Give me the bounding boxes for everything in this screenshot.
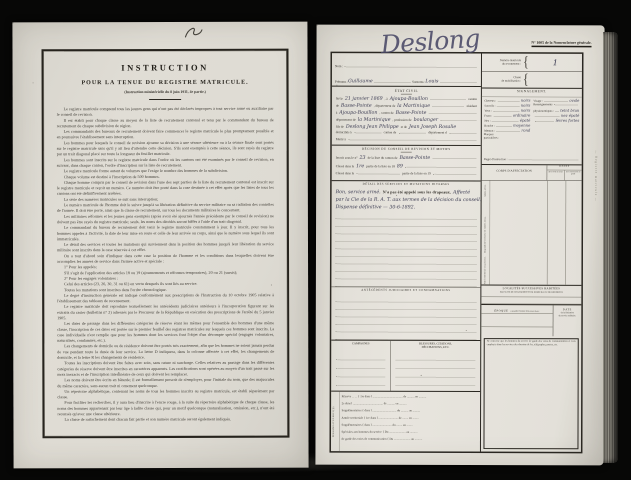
instruction-paragraph: Le degré d'instruction générale est indi… bbox=[57, 292, 274, 304]
instruction-title: INSTRUCTION bbox=[57, 63, 274, 74]
printed-label: Né le bbox=[336, 97, 343, 101]
handwritten-entry: 89 bbox=[397, 163, 403, 169]
matricule-value: 1 bbox=[553, 57, 558, 67]
title-dash bbox=[401, 94, 412, 95]
printed-label: résidant bbox=[467, 105, 477, 109]
handwritten-entry: la Martinique bbox=[397, 103, 430, 109]
brace-glyph: { bbox=[523, 54, 529, 71]
signalement-title: SIGNALEMENT. bbox=[482, 89, 582, 94]
instruction-paragraph: Un répertoire alphabétique, contenant le… bbox=[57, 388, 274, 400]
dotted-line bbox=[449, 133, 476, 134]
dotted-line bbox=[433, 174, 476, 175]
matricule-label-line2: du recrutement : bbox=[484, 62, 521, 66]
side-strip-border bbox=[489, 181, 490, 285]
dotted-line bbox=[348, 140, 476, 141]
field-label: Front : bbox=[484, 115, 492, 118]
instruction-paragraph: Les hommes sont inscrits sur le registre… bbox=[57, 157, 274, 169]
instruction-paragraph: Le commandant du bureau de recrutement d… bbox=[57, 224, 274, 242]
printed-label: et de bbox=[401, 125, 407, 129]
dotted-line bbox=[399, 133, 426, 134]
instruction-paragraph: Les dates de passage dans les différente… bbox=[57, 320, 274, 343]
dotted-line bbox=[555, 111, 558, 112]
printed-label: Classé dans la bbox=[336, 165, 354, 169]
printed-label: Inscrit sous le n° bbox=[336, 156, 358, 160]
field-label: Nez : bbox=[484, 120, 490, 123]
form-left-column: Nom : Prénoms : Guillaume Surnoms : Loui… bbox=[331, 53, 482, 451]
matricule-form: Nom : Prénoms : Guillaume Surnoms : Loui… bbox=[329, 52, 583, 454]
signalement-fields: Cheveux :noirsSourcils :noirsYeux :noirs… bbox=[482, 97, 582, 133]
epoque-title: ÉPOQUE bbox=[494, 309, 508, 313]
right-page-matricule: N° 1005 de la Nomenclature générale. — R… bbox=[315, 25, 604, 466]
dotted-line bbox=[429, 113, 476, 114]
ruled-line bbox=[336, 360, 385, 369]
matricule-number-box: Numéro matricule du recrutement : { 1 bbox=[482, 54, 582, 72]
surnoms-label: Surnoms : bbox=[412, 80, 425, 84]
campagnes-column: CAMPAGNES bbox=[331, 341, 391, 391]
epoque-header: ÉPOQUE à laquelle l'homme doit passer da… bbox=[481, 305, 553, 314]
dotted-line bbox=[509, 160, 578, 161]
dotted-line bbox=[554, 105, 578, 106]
handwritten-entry: Affecté bbox=[453, 189, 470, 195]
handwritten-entry: noirs bbox=[521, 108, 531, 113]
printed-label: partie de la liste en 18 bbox=[366, 165, 395, 169]
blessures-rules bbox=[391, 352, 481, 386]
dotted-line bbox=[374, 82, 410, 83]
printed-label: , canton de bbox=[379, 111, 393, 115]
surnoms-value: Louis bbox=[425, 78, 438, 84]
decision-title: DÉCISION DU CONSEIL DE REVISION ET MOTIF… bbox=[332, 146, 481, 151]
dotted-line bbox=[357, 174, 400, 175]
matricule-label: Numéro matricule du recrutement : bbox=[484, 59, 521, 66]
antecedents-rules bbox=[331, 295, 480, 340]
classe-label-line2: de mobilisation : bbox=[484, 80, 521, 84]
printed-label: canton bbox=[468, 98, 477, 102]
handwritten-entry: Ajoupa-Bouillon bbox=[390, 96, 428, 102]
classe-mobilisation-box: Classe de mobilisation : { bbox=[482, 72, 582, 89]
printed-label: Classé dans la bbox=[336, 172, 354, 176]
handwritten-entry: Basse-Pointe bbox=[341, 103, 372, 109]
handwritten-entry: Basse-Pointe bbox=[399, 155, 430, 161]
etat-civil-lines: Né le21 janvier 1869, àAjoupa-Bouillonca… bbox=[332, 96, 481, 145]
ruled-line bbox=[396, 352, 476, 361]
printed-label: , département de bbox=[374, 104, 396, 108]
antecedents-title: ANTÉCÉDENTS JUDICIAIRES ET CONDAMNATIONS bbox=[331, 287, 480, 292]
instruction-paragraph: Le détail des services et toutes les mut… bbox=[57, 241, 274, 253]
periodes-side-label: PÉRIODES D'EXERCICES bbox=[332, 406, 335, 437]
printed-label: Marié à bbox=[336, 138, 346, 142]
periodes-rows: Réserve . . . . { 1re dans l ...........… bbox=[339, 392, 480, 452]
instruction-paragraph: Le registre matricule doit reproduire te… bbox=[57, 303, 274, 321]
ruled-line bbox=[396, 360, 476, 369]
handwritten-entry: rond bbox=[521, 128, 530, 133]
detail-services-rules bbox=[331, 212, 480, 287]
dates-col-arrivee: de l'arrivée au corps bbox=[547, 170, 564, 180]
footnote-text: Ne concerne que les hommes du service de… bbox=[487, 340, 576, 347]
dotted-line bbox=[544, 101, 568, 102]
blessures-column: BLESSURES, CITATIONS, DÉCORATIONS, ETC. bbox=[391, 341, 481, 391]
printed-label: partie de la liste en 19 bbox=[402, 172, 431, 176]
periodes-side-strip: PÉRIODES D'EXERCICES bbox=[331, 392, 340, 452]
handwritten-entry: noirs bbox=[521, 103, 531, 108]
prenoms-label: Prénoms : bbox=[335, 80, 348, 84]
signalement-field-row: lèvres fortes bbox=[532, 118, 581, 123]
instruction-paragraph: Pour faciliter les recherches, il y aura… bbox=[57, 399, 274, 417]
marques-particulieres: Marques particulières : bbox=[482, 133, 582, 158]
ruled-line bbox=[336, 352, 385, 361]
marques-label-line2: particulières : bbox=[484, 137, 580, 141]
field-label: Sourcils : bbox=[484, 105, 495, 108]
printed-label: , à bbox=[385, 97, 388, 101]
handwritten-entry: épaté bbox=[520, 118, 531, 123]
field-label: Cheveux : bbox=[484, 100, 496, 103]
instruction-paragraph: On a tout d'abord soin d'indiquer dans c… bbox=[57, 253, 274, 265]
handwritten-entry: par la Cie de la R. A. T. aux termes de … bbox=[336, 197, 482, 203]
dotted-line bbox=[405, 167, 476, 168]
ruled-line bbox=[336, 377, 385, 386]
instruction-paragraph: Les noms doivent être écrits en bâtarde;… bbox=[57, 377, 274, 389]
periodes-exercices-block: PÉRIODES D'EXERCICES Réserve . . . . { 1… bbox=[331, 391, 480, 452]
dotted-line bbox=[496, 131, 520, 132]
dotted-line bbox=[433, 158, 477, 159]
instruction-paragraph: Le numéro matricule de l'homme doit le s… bbox=[57, 202, 274, 214]
field-label: Bouche : bbox=[484, 125, 494, 128]
printed-label: , profession de bbox=[393, 118, 412, 122]
instruction-paragraph: Toutes les inscriptions doivent être fai… bbox=[57, 360, 274, 378]
field-label: Yeux : bbox=[484, 110, 492, 113]
campagnes-rules bbox=[331, 352, 390, 386]
ruled-line bbox=[396, 369, 476, 378]
handwritten-entry: teint brun bbox=[560, 108, 579, 113]
side-label-reserve-active: Disponibilité et réserve de l'armée acti… bbox=[483, 217, 486, 253]
printed-label: de bbox=[336, 104, 339, 108]
printed-label: à bbox=[336, 111, 337, 115]
dotted-line bbox=[430, 99, 465, 100]
dotted-line bbox=[497, 106, 519, 107]
campagnes-table: CAMPAGNES BLESSURES, CITATIONS, DÉCORATI… bbox=[331, 340, 480, 391]
handwritten-entry: Ajoupa-Bouillon bbox=[339, 110, 377, 116]
scanned-register-view: INSTRUCTION POUR LA TENUE DU REGISTRE MA… bbox=[0, 0, 631, 480]
instruction-paragraph: Les changements de domicile ou de réside… bbox=[57, 343, 274, 361]
handwritten-entry: Dispense définitive — 30-6-1892. bbox=[336, 204, 416, 210]
nomenclature-caption: N° 1005 de la Nomenclature générale. bbox=[531, 40, 591, 47]
instruction-paragraph: Il est établi pour chaque classe au moye… bbox=[57, 117, 274, 129]
prenoms-row: Prénoms : Guillaume Surnoms : Louis bbox=[332, 70, 481, 86]
list-line: Supplémentaires { dans l ...............… bbox=[342, 407, 479, 414]
handwritten-entry: lèvres fortes bbox=[556, 118, 580, 123]
dotted-line bbox=[354, 133, 381, 134]
epoque-subtitle: à laquelle l'homme doit passer dans : bbox=[510, 310, 539, 313]
brace-glyph: { bbox=[523, 71, 529, 88]
prenoms-value: Guillaume bbox=[348, 78, 373, 84]
corps-affectation-body: Armée active. Disponibilité et réserve d… bbox=[481, 181, 581, 285]
instruction-paragraph: Le registre matricule comprend tous les … bbox=[57, 106, 274, 118]
corps-affectation-header: CORPS D'AFFECTATION DATES de l'arrivée a… bbox=[482, 165, 582, 181]
decision-lines: Inscrit sous le n°23de la liste du canto… bbox=[332, 155, 481, 181]
dotted-line bbox=[441, 120, 477, 121]
detail-services-title: DÉTAIL DES SERVICES ET MUTATIONS DIVERSE… bbox=[332, 181, 481, 186]
field-label: physionomiques : bbox=[533, 110, 554, 113]
dust-specks bbox=[317, 25, 318, 26]
dotted-line bbox=[496, 126, 511, 127]
column-line bbox=[565, 181, 566, 285]
title-dash bbox=[401, 152, 412, 153]
instruction-subtitle: POUR LA TENUE DU REGISTRE MATRICULE. bbox=[57, 78, 274, 86]
classe-label: Classe de mobilisation : bbox=[484, 76, 521, 83]
instruction-paragraphs: Le registre matricule comprend tous les … bbox=[57, 106, 275, 423]
dotted-line bbox=[535, 116, 560, 117]
handwritten-entry: la Martinique bbox=[358, 117, 391, 123]
epoque-empty-row bbox=[481, 327, 553, 336]
dotted-line bbox=[440, 82, 476, 83]
signalement-header: SIGNALEMENT. bbox=[482, 89, 582, 98]
dotted-line bbox=[535, 121, 554, 122]
handwritten-entry: Deslong Jean Philippe bbox=[346, 124, 399, 130]
dotted-line bbox=[433, 106, 465, 107]
instruction-note: (Instruction ministérielle du 8 juin 191… bbox=[57, 89, 274, 94]
field-label: Renseignements bbox=[533, 103, 552, 106]
handwritten-entry: 23 bbox=[360, 155, 366, 161]
printed-label: fils de bbox=[336, 125, 344, 129]
handwritten-entry: 1re bbox=[356, 163, 364, 169]
dotted-line bbox=[492, 121, 518, 122]
footnote-box: Ne concerne que les hommes du service de… bbox=[483, 338, 578, 449]
decision-header: DÉCISION DU CONSEIL DE REVISION ET MOTIF… bbox=[332, 145, 481, 155]
etat-civil-header: ÉTAT CIVIL bbox=[332, 86, 481, 96]
corps-title: CORPS D'AFFECTATION bbox=[482, 165, 548, 180]
instruction-paragraph: Les militaires réformés et les jeunes ge… bbox=[57, 213, 274, 225]
side-label-armee-active: Armée active. bbox=[484, 185, 487, 197]
list-line: de garde des voies de communication { Du… bbox=[341, 436, 478, 443]
ruled-line bbox=[396, 377, 476, 386]
signalement-right-fields: Visage :ovaleRenseignementsphysionomique… bbox=[532, 98, 581, 133]
form-right-column: Numéro matricule du recrutement : { 1 Cl… bbox=[481, 54, 582, 452]
epoque-table: ÉPOQUE à laquelle l'homme doit passer da… bbox=[481, 304, 581, 336]
form-line: Classé dans lapartie de la liste en 19 bbox=[332, 172, 481, 181]
liberation-date-box: DATE de la libération du service militai… bbox=[553, 305, 581, 336]
nom-dotted-line bbox=[345, 67, 477, 68]
instruction-paragraph: La classe de rattachement dont chacun fa… bbox=[57, 416, 274, 422]
localites-header: LOCALITÉS SUCCESSIVES HABITÉES PAR SUITE… bbox=[481, 285, 581, 297]
handwritten-entry: nez épaté bbox=[561, 113, 579, 118]
handwritten-entry: Basse-Pointe bbox=[396, 110, 427, 116]
dotted-line bbox=[493, 111, 519, 112]
detail-services-entries: Bon, service armé.N'a pas été appelé sou… bbox=[332, 188, 481, 212]
instruction-paragraph: Chaque homme compris par le conseil de r… bbox=[57, 179, 274, 197]
instruction-paragraph: Les hommes pour lesquels le conseil de r… bbox=[57, 140, 274, 158]
handwritten-entry: moyenne bbox=[513, 123, 530, 128]
signalement-left-fields: Cheveux :noirsSourcils :noirsYeux :noirs… bbox=[483, 98, 532, 133]
handwritten-entry: ovale bbox=[569, 98, 579, 103]
stamped-text: N'a pas été appelé sous les drapeaux. bbox=[383, 190, 451, 195]
handwritten-entry: Jean Joseph Rosalie bbox=[409, 124, 456, 130]
dates-header: DATES de l'arrivée au corps de la nomina… bbox=[547, 165, 582, 180]
book-page-edges bbox=[603, 32, 618, 463]
side-label-territoriale: Armée territoriale et sa réserve. bbox=[483, 257, 486, 285]
title-divider bbox=[149, 99, 181, 100]
scan-canvas: INSTRUCTION POUR LA TENUE DU REGISTRE MA… bbox=[0, 0, 631, 480]
instruction-paragraph: Les commandants des bureaux de recruteme… bbox=[57, 128, 274, 140]
instruction-frame: INSTRUCTION POUR LA TENUE DU REGISTRE MA… bbox=[41, 49, 289, 439]
dotted-line bbox=[498, 101, 520, 102]
dust-specks bbox=[12, 22, 13, 23]
column-line bbox=[547, 181, 548, 285]
epoque-left: ÉPOQUE à laquelle l'homme doit passer da… bbox=[481, 305, 553, 336]
left-page-instruction: INSTRUCTION POUR LA TENUE DU REGISTRE MA… bbox=[12, 22, 308, 469]
localites-title-line2: PAR SUITE DE CHANGEMENTS DE DOMICILE OU … bbox=[481, 290, 581, 293]
printed-label: de la liste du canton de bbox=[368, 156, 398, 160]
printed-label: canton de bbox=[384, 131, 397, 135]
printer-imprint: — Registre matricule — bbox=[594, 150, 597, 202]
dotted-line bbox=[494, 116, 512, 117]
degre-instruction-label: Degré d'instruction : bbox=[484, 158, 508, 161]
handwritten-entry: 21 janvier 1869 bbox=[345, 96, 383, 102]
blessures-title: BLESSURES, CITATIONS, DÉCORATIONS, ETC. bbox=[391, 341, 481, 352]
campagnes-title: CAMPAGNES bbox=[331, 341, 390, 352]
dates-col-nomination: de la nomination au grade bbox=[564, 170, 582, 180]
handwritten-entry: noirs bbox=[521, 98, 531, 103]
date-box-line3: du service militaire. bbox=[553, 314, 581, 317]
blessures-title-line2: DÉCORATIONS, ETC. bbox=[391, 346, 481, 350]
printed-label: département de bbox=[336, 118, 356, 122]
ruled-line bbox=[336, 369, 385, 378]
nom-label: Nom : bbox=[335, 65, 343, 69]
epoque-columns bbox=[481, 314, 553, 328]
handwritten-entry: boulanger bbox=[414, 117, 439, 123]
handwritten-entry: Bon, service armé. bbox=[336, 189, 381, 195]
ink-mark-icon bbox=[182, 25, 204, 40]
handwritten-entry: ordinaire bbox=[513, 113, 531, 118]
form-line: Classé dans la1repartie de la liste en 1… bbox=[332, 163, 481, 172]
etat-civil-title: ÉTAT CIVIL bbox=[332, 87, 481, 93]
form-line: Inscrit sous le n°23de la liste du canto… bbox=[332, 155, 481, 164]
printed-label: département d bbox=[428, 131, 447, 135]
printed-label: domiciliés à bbox=[336, 131, 352, 135]
